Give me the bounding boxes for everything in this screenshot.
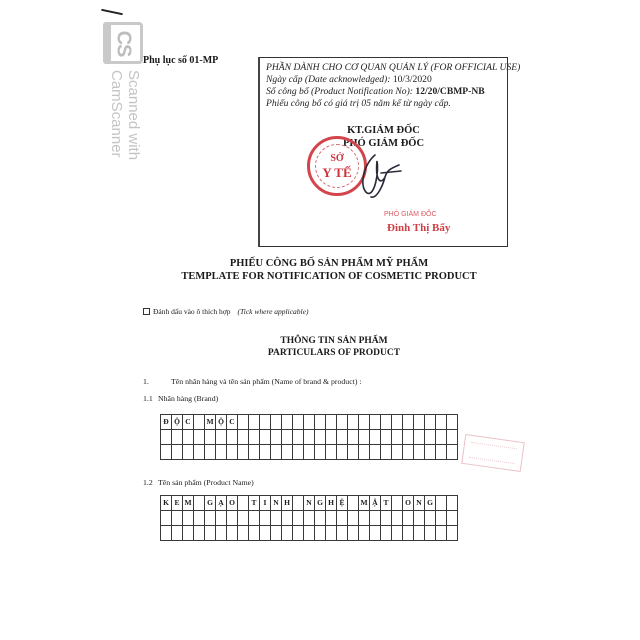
- notification-label: Số công bố (Product Notification No):: [266, 86, 413, 97]
- grid-cell: [403, 430, 414, 445]
- deputy-title: PHÓ GIÁM ĐỐC: [384, 211, 437, 218]
- grid-cell: G: [315, 496, 326, 511]
- grid-cell: Ạ: [216, 496, 227, 511]
- grid-cell: T: [381, 496, 392, 511]
- grid-cell: [315, 430, 326, 445]
- grid-cell: [370, 526, 381, 541]
- signer-title-line1: KT.GIÁM ĐỐC: [260, 124, 507, 137]
- grid-cell: [304, 526, 315, 541]
- grid-cell: [194, 526, 205, 541]
- grid-cell: N: [304, 496, 315, 511]
- grid-cell: C: [227, 415, 238, 430]
- grid-cell: [238, 430, 249, 445]
- grid-cell: [392, 496, 403, 511]
- signature-icon: [355, 151, 403, 201]
- grid-cell: Đ: [161, 415, 172, 430]
- grid-cell: [381, 526, 392, 541]
- grid-cell: [227, 430, 238, 445]
- grid-cell: [414, 445, 425, 460]
- question-text: Tên sản phẩm (Product Name): [158, 478, 254, 487]
- grid-cell: [293, 415, 304, 430]
- tick-instruction-vi: Đánh dấu vào ô thích hợp: [153, 307, 231, 316]
- grid-row: [161, 430, 458, 445]
- official-use-box: PHẦN DÀNH CHO CƠ QUAN QUẢN LÝ (FOR OFFIC…: [258, 57, 508, 247]
- signer-title: KT.GIÁM ĐỐC PHÓ GIÁM ĐỐC: [260, 124, 507, 150]
- camscanner-watermark: Scanned with CamScanner: [108, 70, 142, 160]
- grid-cell: [425, 445, 436, 460]
- grid-cell: [403, 526, 414, 541]
- grid-row: [161, 511, 458, 526]
- grid-cell: [414, 511, 425, 526]
- grid-cell: [194, 415, 205, 430]
- grid-cell: [216, 526, 227, 541]
- grid-cell: [436, 415, 447, 430]
- notification-value: 12/20/CBMP-NB: [415, 86, 484, 97]
- grid-cell: [282, 445, 293, 460]
- grid-cell: [436, 445, 447, 460]
- grid-cell: T: [249, 496, 260, 511]
- grid-cell: [447, 430, 458, 445]
- grid-cell: [359, 430, 370, 445]
- grid-cell: [348, 430, 359, 445]
- grid-cell: N: [414, 496, 425, 511]
- grid-cell: M: [205, 415, 216, 430]
- grid-cell: [183, 526, 194, 541]
- grid-cell: [392, 526, 403, 541]
- pen-mark: [101, 9, 123, 16]
- grid-cell: O: [227, 496, 238, 511]
- grid-cell: [194, 430, 205, 445]
- grid-cell: [359, 526, 370, 541]
- grid-cell: [425, 415, 436, 430]
- grid-row: [161, 445, 458, 460]
- grid-cell: [447, 511, 458, 526]
- form-title-vi: PHIẾU CÔNG BỐ SẢN PHẨM MỸ PHẨM: [0, 258, 640, 269]
- question-number: 1.1: [143, 394, 158, 403]
- grid-cell: E: [172, 496, 183, 511]
- grid-cell: [271, 526, 282, 541]
- grid-cell: [447, 526, 458, 541]
- grid-cell: [227, 445, 238, 460]
- grid-cell: [293, 430, 304, 445]
- grid-cell: [249, 430, 260, 445]
- official-use-header: PHẦN DÀNH CHO CƠ QUAN QUẢN LÝ (FOR OFFIC…: [266, 62, 520, 73]
- grid-cell: [249, 526, 260, 541]
- grid-cell: I: [260, 496, 271, 511]
- grid-cell: [183, 445, 194, 460]
- grid-cell: H: [282, 496, 293, 511]
- section-title-vi: THÔNG TIN SẢN PHẨM: [0, 336, 640, 346]
- grid-cell: [392, 415, 403, 430]
- grid-cell: [326, 511, 337, 526]
- grid-cell: [194, 445, 205, 460]
- grid-cell: [304, 511, 315, 526]
- grid-cell: [216, 511, 227, 526]
- grid-cell: [183, 511, 194, 526]
- grid-cell: [392, 445, 403, 460]
- date-value: 10/3/2020: [393, 74, 432, 85]
- grid-cell: [359, 511, 370, 526]
- question-text: Tên nhãn hàng và tên sản phẩm (Name of b…: [171, 377, 362, 386]
- grid-cell: [172, 511, 183, 526]
- grid-cell: [205, 430, 216, 445]
- grid-cell: [425, 526, 436, 541]
- question-number: 1.: [143, 377, 171, 386]
- grid-cell: [282, 430, 293, 445]
- grid-cell: [392, 430, 403, 445]
- grid-cell: [403, 511, 414, 526]
- grid-cell: Ộ: [216, 415, 227, 430]
- grid-cell: [414, 430, 425, 445]
- grid-row: KEMGẠOTINHNGHỆMẬTONG: [161, 496, 458, 511]
- grid-cell: [381, 415, 392, 430]
- grid-cell: M: [183, 496, 194, 511]
- grid-cell: [293, 445, 304, 460]
- grid-cell: [260, 415, 271, 430]
- grid-cell: [436, 511, 447, 526]
- grid-cell: [425, 430, 436, 445]
- grid-cell: [414, 526, 425, 541]
- grid-cell: [271, 430, 282, 445]
- tick-instruction-en: (Tick where applicable): [238, 307, 309, 316]
- grid-cell: [238, 496, 249, 511]
- grid-cell: [348, 496, 359, 511]
- grid-cell: [282, 526, 293, 541]
- question-number: 1.2: [143, 478, 158, 487]
- grid-cell: [238, 511, 249, 526]
- grid-cell: [370, 430, 381, 445]
- grid-cell: [370, 415, 381, 430]
- grid-cell: [392, 511, 403, 526]
- date-label: Ngày cấp (Date acknowledged):: [266, 74, 390, 85]
- grid-cell: [326, 415, 337, 430]
- grid-cell: [194, 511, 205, 526]
- grid-cell: [260, 430, 271, 445]
- grid-cell: [315, 445, 326, 460]
- grid-cell: [249, 445, 260, 460]
- grid-cell: [315, 415, 326, 430]
- brand-letter-grid: ĐỘCMỘC: [160, 414, 458, 460]
- grid-cell: [337, 526, 348, 541]
- grid-cell: [447, 445, 458, 460]
- grid-cell: Ậ: [370, 496, 381, 511]
- checkbox-icon: [143, 308, 150, 315]
- grid-cell: [194, 496, 205, 511]
- grid-cell: [282, 415, 293, 430]
- grid-cell: [315, 526, 326, 541]
- grid-row: ĐỘCMỘC: [161, 415, 458, 430]
- grid-cell: Ộ: [172, 415, 183, 430]
- grid-cell: [183, 430, 194, 445]
- grid-cell: [447, 496, 458, 511]
- grid-cell: [238, 445, 249, 460]
- grid-cell: [249, 511, 260, 526]
- grid-cell: [238, 526, 249, 541]
- grid-cell: [337, 415, 348, 430]
- scanned-document-page: CS Scanned with CamScanner Phụ lục số 01…: [0, 0, 640, 640]
- grid-row: [161, 526, 458, 541]
- grid-cell: [370, 445, 381, 460]
- grid-cell: [216, 445, 227, 460]
- grid-cell: G: [425, 496, 436, 511]
- grid-cell: [447, 415, 458, 430]
- grid-cell: [370, 511, 381, 526]
- camscanner-logo-icon: CS: [103, 22, 143, 64]
- grid-cell: [315, 511, 326, 526]
- grid-cell: H: [326, 496, 337, 511]
- grid-cell: [304, 415, 315, 430]
- grid-cell: [172, 526, 183, 541]
- grid-cell: [293, 511, 304, 526]
- grid-cell: G: [205, 496, 216, 511]
- notification-number: Số công bố (Product Notification No): 12…: [266, 86, 485, 97]
- grid-cell: [304, 445, 315, 460]
- grid-cell: [337, 511, 348, 526]
- section-title-en: PARTICULARS OF PRODUCT: [0, 348, 640, 358]
- grid-cell: [414, 415, 425, 430]
- grid-cell: [205, 526, 216, 541]
- grid-cell: [425, 511, 436, 526]
- grid-cell: Ệ: [337, 496, 348, 511]
- grid-cell: [172, 430, 183, 445]
- grid-cell: [403, 415, 414, 430]
- grid-cell: [271, 415, 282, 430]
- grid-cell: [348, 511, 359, 526]
- grid-cell: [436, 496, 447, 511]
- grid-cell: [238, 415, 249, 430]
- grid-cell: [271, 445, 282, 460]
- grid-cell: [161, 445, 172, 460]
- grid-cell: [359, 445, 370, 460]
- question-1-1-brand: 1.1Nhãn hàng (Brand): [143, 394, 218, 403]
- grid-cell: [161, 430, 172, 445]
- tick-instruction: Đánh dấu vào ô thích hợp (Tick where app…: [143, 307, 308, 316]
- grid-cell: [381, 445, 392, 460]
- grid-cell: O: [403, 496, 414, 511]
- deputy-name: Đinh Thị Bẩy: [387, 222, 450, 234]
- grid-cell: [227, 511, 238, 526]
- grid-cell: [348, 445, 359, 460]
- grid-cell: [348, 415, 359, 430]
- grid-cell: [326, 526, 337, 541]
- product-name-letter-grid: KEMGẠOTINHNGHỆMẬTONG: [160, 495, 458, 541]
- grid-cell: [436, 526, 447, 541]
- appendix-label: Phụ lục số 01-MP: [143, 55, 218, 66]
- grid-cell: [293, 496, 304, 511]
- grid-cell: [172, 445, 183, 460]
- grid-cell: C: [183, 415, 194, 430]
- grid-cell: [227, 526, 238, 541]
- grid-cell: [260, 445, 271, 460]
- question-1: 1.Tên nhãn hàng và tên sản phẩm (Name of…: [143, 377, 362, 386]
- signer-title-line2: PHÓ GIÁM ĐỐC: [260, 137, 507, 150]
- grid-cell: [216, 430, 227, 445]
- grid-cell: [161, 526, 172, 541]
- grid-cell: [337, 430, 348, 445]
- grid-cell: [205, 445, 216, 460]
- camscanner-logo-text: CS: [111, 30, 134, 56]
- grid-cell: [436, 430, 447, 445]
- grid-cell: N: [271, 496, 282, 511]
- grid-cell: [161, 511, 172, 526]
- question-1-2-product-name: 1.2Tên sản phẩm (Product Name): [143, 478, 254, 487]
- grid-cell: [337, 445, 348, 460]
- grid-cell: [293, 526, 304, 541]
- grid-cell: [249, 415, 260, 430]
- faint-red-stamp: [461, 434, 525, 472]
- question-text: Nhãn hàng (Brand): [158, 394, 218, 403]
- grid-cell: [359, 415, 370, 430]
- grid-cell: [271, 511, 282, 526]
- grid-cell: [326, 445, 337, 460]
- grid-cell: [260, 526, 271, 541]
- form-title-en: TEMPLATE FOR NOTIFICATION OF COSMETIC PR…: [0, 271, 640, 282]
- grid-cell: [282, 511, 293, 526]
- grid-cell: [381, 511, 392, 526]
- grid-cell: K: [161, 496, 172, 511]
- grid-cell: [304, 430, 315, 445]
- grid-cell: [381, 430, 392, 445]
- grid-cell: [348, 526, 359, 541]
- grid-cell: M: [359, 496, 370, 511]
- validity-note: Phiếu công bố có giá trị 05 năm kể từ ng…: [266, 98, 451, 109]
- date-acknowledged: Ngày cấp (Date acknowledged): 10/3/2020: [266, 74, 432, 85]
- grid-cell: [205, 511, 216, 526]
- grid-cell: [260, 511, 271, 526]
- grid-cell: [403, 445, 414, 460]
- grid-cell: [326, 430, 337, 445]
